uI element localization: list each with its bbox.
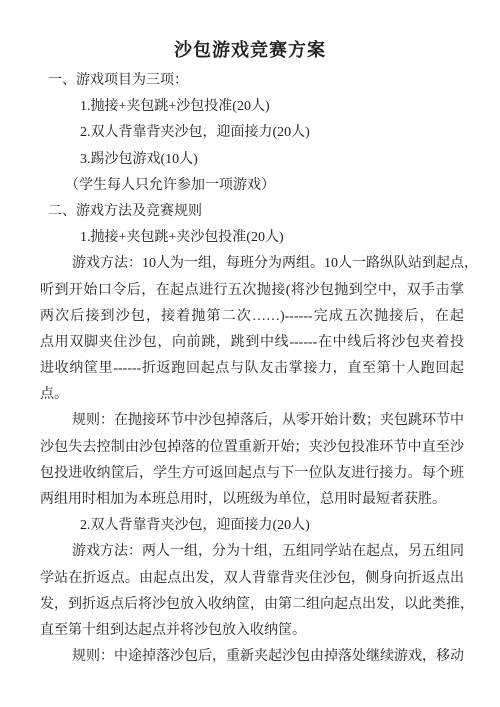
doc-line-pstart: 规则：在抛接环节中沙包掉落后，从零开始计数；夹包跳环节中 [40,408,464,434]
doc-line-pend: 直至第十组到达起点并将沙包放入收纳筐。 [40,618,464,644]
doc-line-pfull: 发，到折返点后将沙包放入收纳筐，由第二组向起点出发，以此类推， [40,592,464,618]
document-page: 沙包游戏竞赛方案 一、游戏项目为三项：1.抛接+夹包跳+沙包投准(20人)2.双… [0,0,500,707]
doc-line-pfull: 进收纳筐里------折返跑回起点与队友击掌接力，直至第十人跑回起 [40,356,464,382]
doc-line-pfull: 听到开始口令后，在起点进行五次抛接(将沙包抛到空中，双手击掌 [40,278,464,304]
doc-line-pend: 点。 [40,382,464,408]
document-body: 一、游戏项目为三项：1.抛接+夹包跳+沙包投准(20人)2.双人背靠背夹沙包，迎… [40,68,464,670]
doc-line-note: （学生每人只允许参加一项游戏） [40,173,464,199]
doc-line-item: 1.抛接+夹包跳+沙包投准(20人) [40,94,464,120]
doc-line-pstart: 游戏方法：两人一组，分为十组，五组同学站在起点，另五组同 [40,539,464,565]
doc-line-pfull: 两次后接到沙包，接着抛第二次……)------完成五次抛接后，在起 [40,304,464,330]
doc-line-heading: 二、游戏方法及竞赛规则 [40,199,464,225]
doc-line-item: 3.踢沙包游戏(10人) [40,147,464,173]
doc-line-pfull: 沙包失去控制由沙包掉落的位置重新开始；夹沙包投准环节中直至沙 [40,435,464,461]
doc-line-pstart: 游戏方法：10人为一组，每班分为两组。10人一路纵队站到起点， [40,251,464,277]
doc-line-item: 1.抛接+夹包跳+夹沙包投准(20人) [40,225,464,251]
doc-line-item: 2.双人背靠背夹沙包，迎面接力(20人) [40,513,464,539]
doc-line-pfull: 学站在折返点。由起点出发，双人背靠背夹住沙包，侧身向折返点出 [40,566,464,592]
doc-line-pend: 两组用时相加为本班总用时，以班级为单位，总用时最短者获胜。 [40,487,464,513]
document-title: 沙包游戏竞赛方案 [0,0,500,62]
doc-line-pstart: 规则：中途掉落沙包后，重新夹起沙包由掉落处继续游戏，移动 [40,644,464,670]
doc-line-heading: 一、游戏项目为三项： [40,68,464,94]
doc-line-pfull: 包投进收纳筐后，学生方可返回起点与下一位队友进行接力。每个班 [40,461,464,487]
doc-line-item: 2.双人背靠背夹沙包，迎面接力(20人) [40,120,464,146]
doc-line-pfull: 点用双脚夹住沙包，向前跳，跳到中线------在中线后将沙包夹着投 [40,330,464,356]
